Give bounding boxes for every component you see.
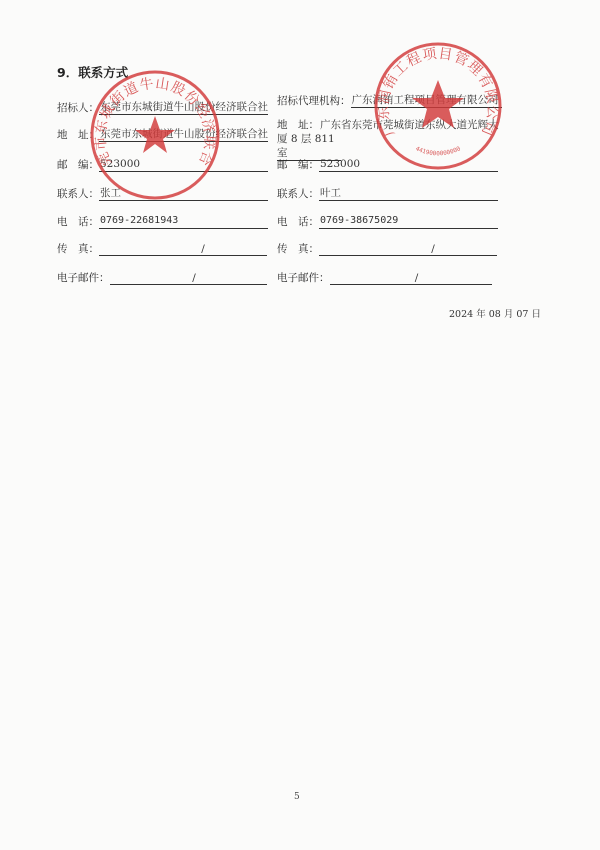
tenderer-address-value: 东莞市东城街道牛山股份经济联合社	[99, 127, 268, 142]
tenderer-fax-value: /	[99, 242, 267, 256]
tenderer-email-row: 电子邮件： /	[57, 271, 267, 285]
agency-address-row: 地 址： 广东省东莞市莞城街道东纵大道光辉大	[277, 118, 498, 132]
tenderer-contact-row: 联系人： 张工	[57, 186, 268, 201]
svg-text:东莞市东城街道牛山股份经济联合社: 东莞市东城街道牛山股份经济联合社	[88, 68, 218, 169]
agency-name-label: 招标代理机构：	[277, 94, 351, 108]
agency-contact-row: 联系人： 叶工	[277, 186, 498, 201]
agency-name-value: 广东润铕工程项目管理有限公司	[351, 93, 502, 108]
agency-email-label: 电子邮件：	[277, 271, 330, 285]
tenderer-address-row: 地 址： 东莞市东城街道牛山股份经济联合社	[57, 127, 268, 142]
document-date: 2024 年 08 月 07 日	[449, 306, 541, 320]
tenderer-phone-row: 电 话： 0769-22681943	[57, 214, 268, 229]
page-number: 5	[294, 792, 300, 802]
agency-address-line1: 广东省东莞市莞城街道东纵大道光辉大	[319, 118, 498, 132]
tenderer-contact-label: 联系人：	[57, 187, 99, 201]
tenderer-fax-row: 传 真： /	[57, 242, 267, 256]
tenderer-email-value: /	[110, 271, 267, 285]
tenderer-phone-label: 电 话：	[57, 215, 99, 229]
tenderer-address-label: 地 址：	[57, 128, 99, 142]
tenderer-phone-value: 0769-22681943	[99, 214, 268, 229]
agency-postcode-value: 523000	[319, 157, 498, 172]
agency-postcode-label: 邮 编：	[277, 158, 319, 172]
agency-phone-label: 电 话：	[277, 215, 319, 229]
tenderer-postcode-value: 523000	[99, 157, 268, 172]
agency-contact-value: 叶工	[319, 186, 498, 201]
svg-text:4419000000000: 4419000000000	[414, 145, 462, 157]
agency-contact-label: 联系人：	[277, 187, 319, 201]
agency-fax-value: /	[319, 242, 497, 256]
tenderer-name-label: 招标人：	[57, 101, 99, 115]
tenderer-fax-label: 传 真：	[57, 242, 99, 256]
agency-fax-label: 传 真：	[277, 242, 319, 256]
tenderer-postcode-row: 邮 编： 523000	[57, 157, 268, 172]
agency-name-row: 招标代理机构： 广东润铕工程项目管理有限公司	[277, 93, 502, 108]
tenderer-name-value: 东莞市东城街道牛山股份经济联合社	[99, 100, 268, 115]
agency-fax-row: 传 真： /	[277, 242, 497, 256]
tenderer-postcode-label: 邮 编：	[57, 158, 99, 172]
section-title: 9．联系方式	[57, 63, 128, 81]
agency-phone-row: 电 话： 0769-38675029	[277, 214, 498, 229]
agency-phone-value: 0769-38675029	[319, 214, 498, 229]
agency-email-value: /	[330, 271, 492, 285]
agency-postcode-row: 邮 编： 523000	[277, 157, 498, 172]
tenderer-email-label: 电子邮件：	[57, 271, 110, 285]
agency-email-row: 电子邮件： /	[277, 271, 492, 285]
tenderer-contact-value: 张工	[99, 186, 268, 201]
agency-address-label: 地 址：	[277, 118, 319, 132]
tenderer-name-row: 招标人： 东莞市东城街道牛山股份经济联合社	[57, 100, 268, 115]
